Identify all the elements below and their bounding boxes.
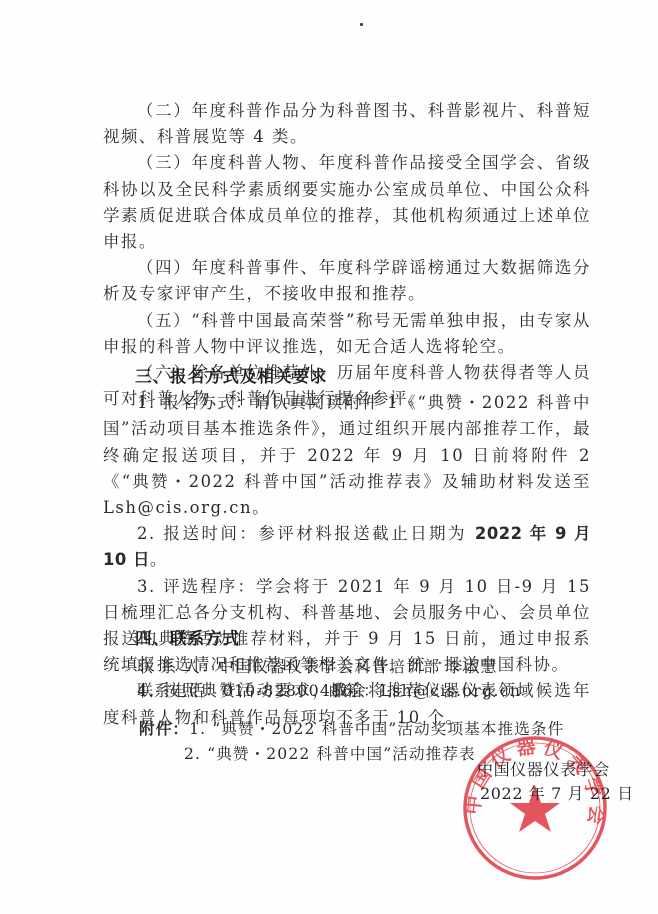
section-4: 四、联系方式	[103, 626, 591, 652]
paragraph-2: （二）年度科普作品分为科普图书、科普影视片、科普短视频、科普展览等 4 类。	[103, 98, 591, 150]
section-3-heading: 三、报名方式及相关要求	[103, 364, 591, 390]
signature-date: 2022 年 7 月 22 日	[480, 781, 634, 804]
section-4-heading: 四、联系方式	[103, 626, 591, 652]
contact-phone: 联系电话：010-82800456	[137, 681, 354, 700]
official-seal-icon: 中国仪器仪表学会	[460, 733, 610, 883]
attachment-row-2: 2. “典赞・2022 科普中国”活动推荐表	[184, 742, 476, 764]
document-page: （二）年度科普作品分为科普图书、科普影视片、科普短视频、科普展览等 4 类。 （…	[0, 0, 658, 914]
paragraph-5: （五）“科普中国最高荣誉”称号无需单独申报，由专家从申报的科普人物中评议推选，如…	[103, 308, 591, 360]
contact-email: 邮箱：Lsh@cis.org.cn	[329, 678, 521, 701]
scan-dot	[360, 23, 363, 26]
attachment-row-1: 附件：1. “典赞・2022 科普中国”活动奖项基本推选条件	[139, 717, 564, 739]
attachment-1[interactable]: 1. “典赞・2022 科普中国”活动奖项基本推选条件	[189, 720, 564, 738]
attachments-label: 附件：	[139, 720, 189, 738]
item-2-text: 2. 报送时间：参评材料报送截止日期为	[137, 524, 475, 543]
attachment-2[interactable]: 2. “典赞・2022 科普中国”活动推荐表	[184, 745, 476, 763]
item-2-end: 。	[150, 550, 168, 569]
paragraph-3: （三）年度科普人物、年度科普作品接受全国学会、省级科协以及全民科学素质纲要实施办…	[103, 150, 591, 255]
signature-organization: 中国仪器仪表学会	[477, 757, 610, 780]
contact-person: 联 系 人：中国仪器仪表学会科普培训部 李淑慧	[137, 654, 498, 677]
section-3-item-1: 1. 报名方式：请认真阅读附件 1《“典赞・2022 科普中国”活动项目基本推选…	[103, 390, 591, 521]
section-3-item-2: 2. 报送时间：参评材料报送截止日期为 2022 年 9 月 10 日。	[103, 521, 591, 573]
contact-phone-row: 联系电话：010-82800456 邮箱：Lsh@cis.org.cn	[137, 678, 354, 701]
paragraph-4: （四）年度科普事件、年度科学辟谣榜通过大数据筛选分析及专家评审产生，不接收申报和…	[103, 255, 591, 307]
